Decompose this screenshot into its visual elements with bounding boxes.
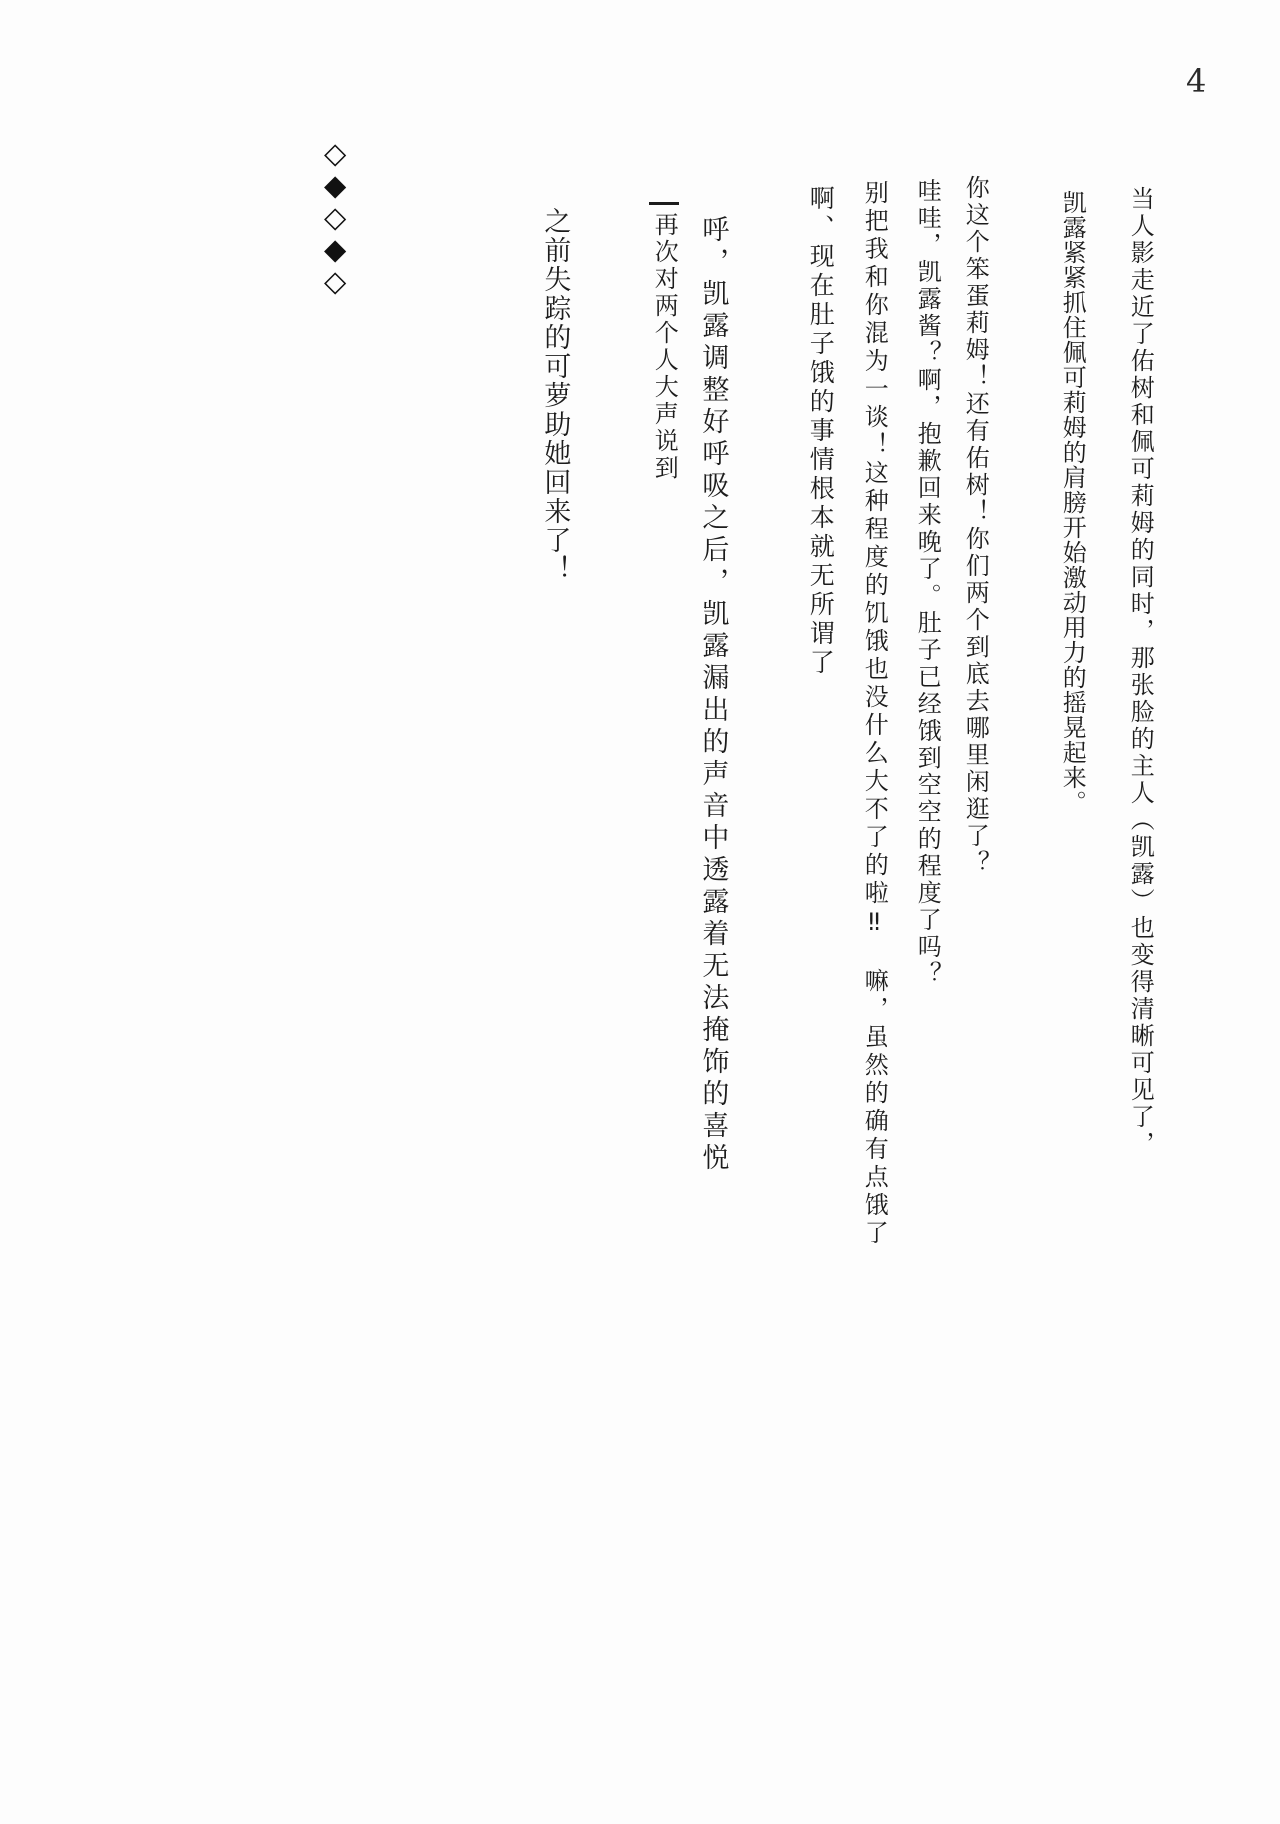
text-column-4: 哇哇，凯露酱？啊，抱歉回来晚了。肚子已经饿到空空的程度了吗？ xyxy=(914,178,939,988)
vertical-quote-mark xyxy=(649,202,679,205)
text-column-7: 呼，凯露调整好呼吸之后，凯露漏出的声音中透露着无法掩饰的喜悦 xyxy=(698,215,726,1175)
page-number: 4 xyxy=(1186,62,1206,100)
text-column-9: 之前失踪的可萝助她回来了！ xyxy=(540,207,568,584)
text-column-5: 别把我和你混为一谈！这种程度的饥饿也没什么大不了的啦‼ 嘛，虽然的确有点饿了 xyxy=(861,180,886,1248)
text-column-2: 凯露紧紧抓住佩可莉姆的肩膀开始激动用力的摇晃起来。 xyxy=(1059,190,1084,815)
text-column-1: 当人影走近了佑树和佩可莉姆的同时，那张脸的主人（凯露）也变得清晰可见了， xyxy=(1127,186,1152,1158)
page-container: 4 当人影走近了佑树和佩可莉姆的同时，那张脸的主人（凯露）也变得清晰可见了， 凯… xyxy=(0,0,1280,1824)
diamond-filled-icon: ◆ xyxy=(324,169,346,201)
diamond-outline-icon: ◇ xyxy=(324,137,346,169)
text-column-6: 啊、现在肚子饿的事情根本就无所谓了 xyxy=(807,185,833,678)
text-column-8: 再次对两个人大声说到 xyxy=(651,212,676,482)
text-column-3: 你这个笨蛋莉姆！还有佑树！你们两个到底去哪里闲逛了？ xyxy=(962,175,987,877)
diamond-outline-icon: ◇ xyxy=(324,265,346,297)
diamond-filled-icon: ◆ xyxy=(324,233,346,265)
section-divider-diamonds: ◇ ◆ ◇ ◆ ◇ xyxy=(324,137,346,297)
diamond-outline-icon: ◇ xyxy=(324,201,346,233)
